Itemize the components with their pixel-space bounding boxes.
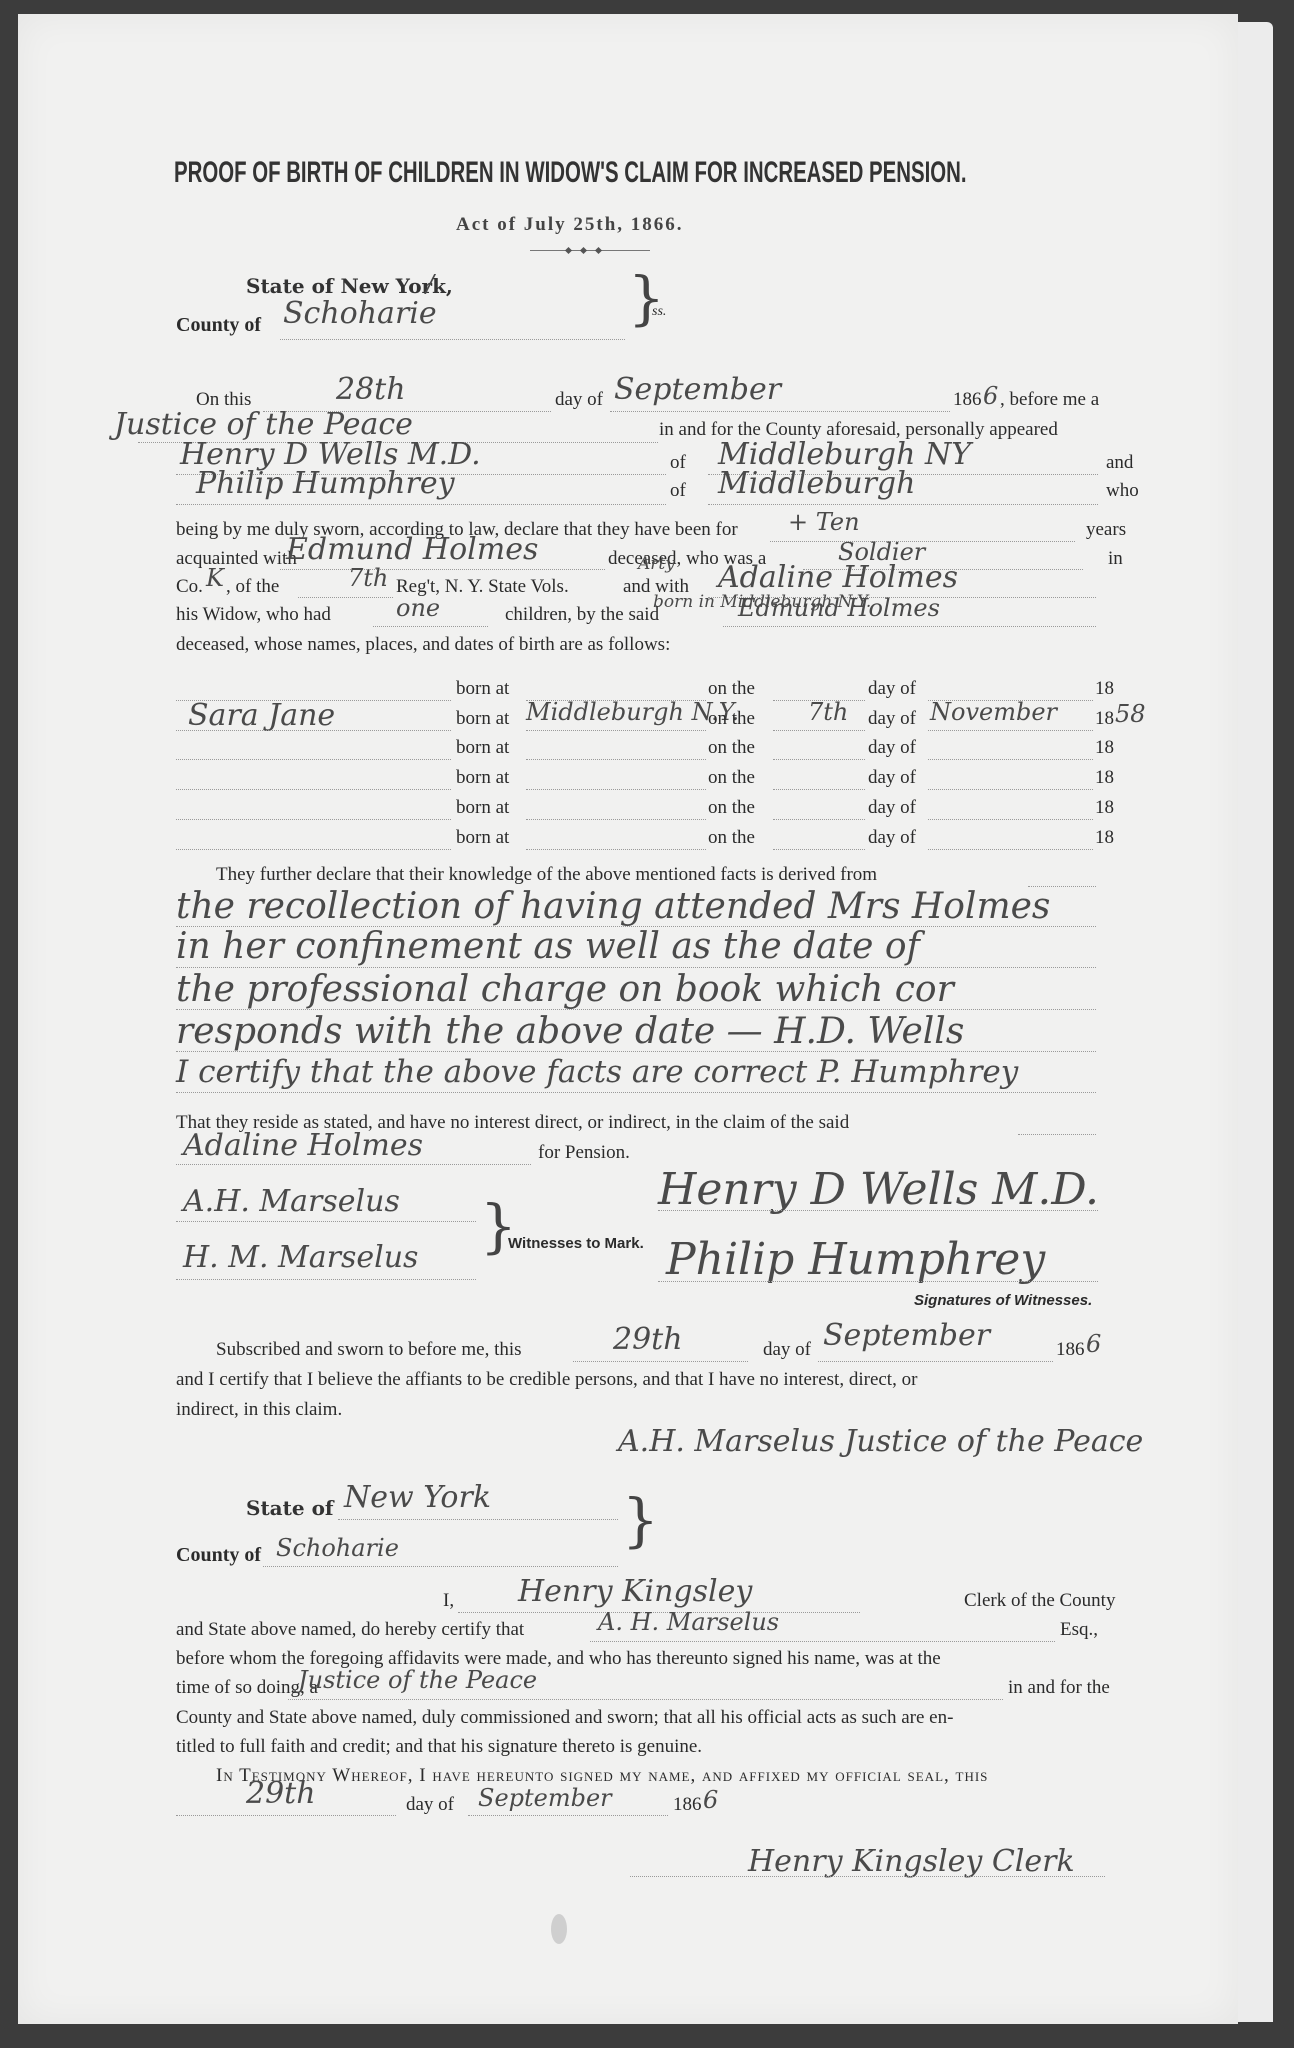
born-at-label: born at: [456, 797, 509, 819]
signature-2[interactable]: Philip Humphrey: [666, 1234, 1045, 1285]
day-line: [773, 759, 865, 760]
witnesses-to-mark-label: Witnesses to Mark.: [508, 1235, 644, 1252]
who-label: who: [1106, 480, 1139, 502]
signatures-of-witnesses-label: Signatures of Witnesses.: [914, 1292, 1092, 1309]
month-line: [928, 849, 1093, 850]
claimant-name[interactable]: Adaline Holmes: [183, 1128, 423, 1163]
jurat-certify-2: indirect, in this claim.: [176, 1399, 342, 1421]
knowledge-line-4[interactable]: responds with the above date — H.D. Well…: [176, 1011, 964, 1052]
clerk-year[interactable]: 6: [703, 1786, 718, 1814]
clerk-county-state-line: County and State above named, duly commi…: [176, 1707, 953, 1729]
form-title: PROOF OF BIRTH OF CHILDREN IN WIDOW'S CL…: [174, 156, 967, 190]
children-count-line: [373, 626, 488, 627]
knowledge-line-2[interactable]: in her confinement as well as the date o…: [176, 926, 920, 967]
affidavit-month[interactable]: September: [614, 372, 781, 407]
year-prefix: 186: [953, 389, 982, 411]
for-pension-label: for Pension.: [538, 1142, 630, 1164]
day-line: [773, 849, 865, 850]
jurat-text: Subscribed and sworn to before me, this: [216, 1339, 522, 1361]
jurat-officer-signature[interactable]: A.H. Marselus Justice of the Peace: [618, 1424, 1143, 1459]
place-line: [526, 849, 706, 850]
day-of-label: day of: [868, 737, 916, 759]
child-year[interactable]: 58: [1115, 700, 1146, 728]
on-the-label: on the: [708, 827, 755, 849]
of-the-label: , of the: [226, 576, 279, 598]
residence-line: [1018, 1134, 1096, 1135]
clerk-month-line: [468, 1815, 668, 1816]
affiant2-line: [176, 504, 666, 505]
month-line: [928, 789, 1093, 790]
clerk-venue-brace: }: [622, 1486, 659, 1554]
child-day[interactable]: 7th: [808, 698, 848, 726]
ink-stain: [551, 1914, 567, 1944]
on-the-label: on the: [708, 678, 755, 700]
place-line: [526, 730, 706, 731]
year-prefix: 18: [1095, 827, 1114, 849]
soldier-name[interactable]: Edmund Holmes: [286, 532, 538, 567]
clerk-name[interactable]: Henry Kingsley: [518, 1574, 752, 1609]
on-the-label: on the: [708, 797, 755, 819]
child-month[interactable]: November: [930, 698, 1057, 726]
years-label: years: [1086, 519, 1126, 541]
year-prefix: 18: [1095, 797, 1114, 819]
day-of-label: day of: [868, 827, 916, 849]
on-the-label: on the: [708, 767, 755, 789]
before-me-label: , before me a: [1000, 389, 1099, 411]
co-label: Co.: [176, 576, 203, 598]
mark-witness-2[interactable]: H. M. Marselus: [183, 1240, 418, 1275]
knowledge-line-3[interactable]: the professional charge on book which co…: [176, 969, 954, 1010]
jurat-year[interactable]: 6: [1086, 1330, 1101, 1358]
clerk-year-prefix: 186: [673, 1794, 702, 1816]
affiant2-place[interactable]: Middleburgh: [718, 466, 915, 501]
said-name[interactable]: Edmund Holmes: [738, 594, 940, 622]
venue-state-mark: /: [426, 270, 434, 298]
year-prefix: 18: [1095, 708, 1114, 730]
born-at-label: born at: [456, 737, 509, 759]
knowledge-rule: [176, 1009, 1096, 1010]
affiant2-place-line: [708, 504, 1098, 505]
clerk-county-label: County of: [176, 1544, 261, 1567]
of-label-2: of: [670, 480, 686, 502]
month-line: [928, 759, 1093, 760]
clerk-officer-name[interactable]: A. H. Marselus: [598, 1608, 779, 1636]
day-line: [773, 730, 865, 731]
year-prefix: 18: [1095, 678, 1114, 700]
form-subtitle: Act of July 25th, 1866.: [456, 214, 684, 236]
mark-witness-line: [176, 1221, 476, 1222]
widow-text: his Widow, who had: [176, 604, 331, 626]
ornament-diamond: [580, 247, 587, 254]
clerk-in-and-for: in and for the: [1008, 1677, 1110, 1699]
clerk-state-label: State of: [246, 1496, 334, 1520]
born-at-label: born at: [456, 708, 509, 730]
affiant2-name[interactable]: Philip Humphrey: [196, 466, 455, 501]
clerk-day-line: [176, 1815, 396, 1816]
widow-name[interactable]: Adaline Holmes: [718, 560, 958, 595]
mark-witness-line: [176, 1279, 476, 1280]
knowledge-rule: [176, 1051, 1096, 1052]
clerk-county-value[interactable]: Schoharie: [276, 1534, 399, 1562]
jurat-day-line: [573, 1361, 748, 1362]
in-label: in: [1108, 548, 1123, 570]
clerk-signature[interactable]: Henry Kingsley Clerk: [748, 1844, 1075, 1879]
ornament-diamond: [595, 247, 602, 254]
of-label: of: [670, 452, 686, 474]
clerk-i-label: I,: [443, 1590, 454, 1612]
clerk-state-value[interactable]: New York: [344, 1480, 491, 1515]
place-line: [526, 789, 706, 790]
jurat-year-prefix: 186: [1056, 1339, 1085, 1361]
clerk-month[interactable]: September: [478, 1784, 612, 1812]
venue-ss: ss.: [652, 304, 666, 320]
clerk-titled-line: titled to full faith and credit; and tha…: [176, 1736, 702, 1758]
venue-county-value[interactable]: Schoharie: [283, 296, 437, 331]
knowledge-intro: They further declare that their knowledg…: [216, 864, 877, 886]
ornament-rule: [530, 250, 650, 251]
born-at-label: born at: [456, 767, 509, 789]
clerk-of-label: Clerk of the County: [964, 1590, 1115, 1612]
clerk-state-line: [338, 1519, 618, 1520]
said-name-line: [723, 626, 1096, 627]
day-line: [773, 819, 865, 820]
year-prefix: 18: [1095, 737, 1114, 759]
affidavit-year[interactable]: 6: [983, 382, 998, 410]
year-prefix: 18: [1095, 767, 1114, 789]
day-of-label: day of: [555, 389, 603, 411]
years-value[interactable]: + Ten: [788, 508, 860, 536]
clerk-time-text: time of so doing, a: [176, 1677, 318, 1699]
on-the-label: on the: [708, 737, 755, 759]
clerk-officer-title[interactable]: Justice of the Peace: [298, 1666, 537, 1694]
place-line: [526, 819, 706, 820]
day-line: [773, 789, 865, 790]
soldier-line: [280, 569, 605, 570]
acquainted-label: acquainted with: [176, 548, 297, 570]
regiment-value[interactable]: 7th: [348, 564, 388, 592]
clerk-esq: Esq.,: [1060, 1619, 1098, 1641]
jurat-month-line: [818, 1361, 1053, 1362]
knowledge-rule: [176, 1092, 1096, 1093]
day-of-label: day of: [868, 797, 916, 819]
children-count[interactable]: one: [396, 594, 440, 622]
child-name-line: [176, 730, 451, 731]
child-name-line: [176, 789, 451, 790]
child-name-line: [176, 849, 451, 850]
clerk-day-of: day of: [406, 1794, 454, 1816]
day-of-label: day of: [868, 678, 916, 700]
day-of-label: day of: [868, 708, 916, 730]
pension-form-page: PROOF OF BIRTH OF CHILDREN IN WIDOW'S CL…: [18, 14, 1238, 2024]
arty-note: Arty: [638, 554, 675, 574]
signature-line: [658, 1281, 1098, 1282]
day-of-label: day of: [868, 767, 916, 789]
venue-county-label: County of: [176, 314, 261, 337]
company-value[interactable]: K: [206, 564, 224, 592]
venue-state-label: State of New York,: [246, 274, 453, 298]
regiment-line: [298, 597, 393, 598]
jurat-day[interactable]: 29th: [613, 1322, 683, 1357]
month-line: [928, 730, 1093, 731]
clerk-certify-text: and State above named, do hereby certify…: [176, 1619, 524, 1641]
venue-county-line: [280, 339, 625, 340]
clerk-day[interactable]: 29th: [246, 1776, 316, 1811]
and-label: and: [1106, 452, 1133, 474]
clerk-officer-title-line: [288, 1699, 1003, 1700]
born-at-label: born at: [456, 827, 509, 849]
on-the-label: on the: [708, 708, 755, 730]
child-name-line: [176, 819, 451, 820]
knowledge-line-1[interactable]: the recollection of having attended Mrs …: [176, 886, 1050, 927]
jurat-day-of: day of: [763, 1339, 811, 1361]
knowledge-line-5[interactable]: I certify that the above facts are corre…: [176, 1054, 1018, 1090]
clerk-officer-line: [590, 1641, 1055, 1642]
child-name[interactable]: Sara Jane: [188, 698, 335, 733]
month-line: [928, 819, 1093, 820]
knowledge-rule: [176, 967, 1096, 968]
deceased-text: deceased, whose names, places, and dates…: [176, 634, 670, 656]
affidavit-day[interactable]: 28th: [336, 372, 406, 407]
venue-brace: }: [628, 264, 665, 332]
clerk-signature-line: [630, 1876, 1105, 1877]
clerk-county-line: [263, 1566, 618, 1567]
claimant-line: [176, 1164, 531, 1165]
signature-1[interactable]: Henry D Wells M.D.: [658, 1164, 1099, 1215]
children-text: children, by the said: [505, 604, 659, 626]
place-line: [526, 759, 706, 760]
clerk-before-text: before whom the foregoing affidavits wer…: [176, 1648, 941, 1670]
child-name-line: [176, 759, 451, 760]
month-line: [610, 411, 950, 412]
jurat-month[interactable]: September: [823, 1318, 990, 1353]
ornament-diamond: [565, 247, 572, 254]
jurat-certify-1: and I certify that I believe the affiant…: [176, 1369, 917, 1391]
signature-line: [658, 1210, 1098, 1211]
mark-witness-1[interactable]: A.H. Marselus: [183, 1184, 400, 1219]
born-at-label: born at: [456, 678, 509, 700]
